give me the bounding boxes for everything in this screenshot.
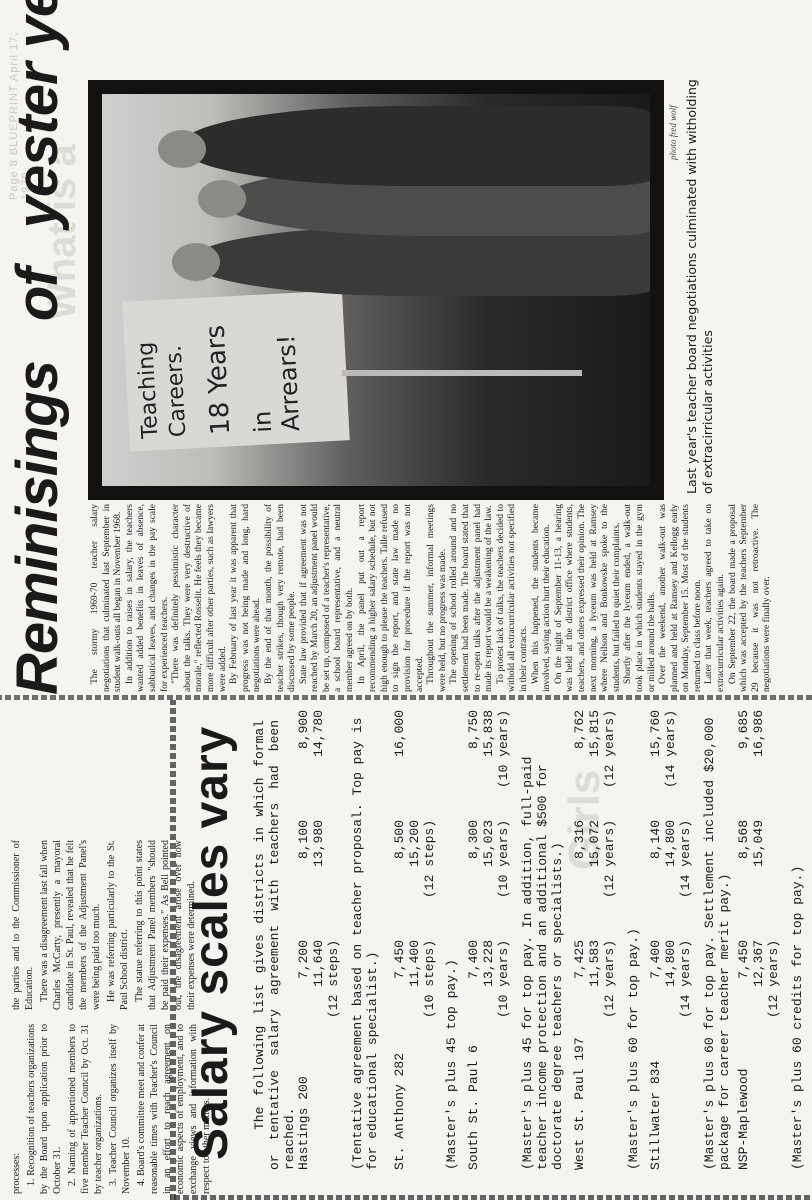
salary-note: (Master's plus 45 top pay.): [444, 710, 459, 1170]
salary-note: (Master's plus 60 for top pay. Settlemen…: [702, 710, 732, 1170]
newspaper-page: Page 8 BLUEPRINT April 17, 1970 What is …: [0, 0, 812, 1200]
salary-note: (Master's plus 45 for top pay. In additi…: [520, 710, 565, 1170]
salary-scales-box: Salary scales vary The following list gi…: [170, 700, 800, 1200]
article-headline: Reminisingsofyester year: [4, 0, 71, 695]
rope-border: [170, 700, 176, 1200]
rope-border: [170, 1195, 810, 1200]
photo-credit: photo fred wolf: [668, 105, 678, 160]
photo-cutline: Last year's teacher board negotiations c…: [684, 74, 716, 494]
salary-note: (Master's plus 60 for top pay.): [626, 710, 641, 1170]
protest-photo: Teaching Careers. 18 Years in Arrears!: [88, 80, 664, 500]
salary-note: (Tentative agreement based on teacher pr…: [350, 710, 380, 1170]
article-column-1: The stormy 1969-70 teacher salary negoti…: [90, 504, 774, 692]
salary-headline: Salary scales vary: [184, 726, 239, 1160]
salary-intro: The following list gives districts in wh…: [252, 720, 297, 1170]
rope-border: [0, 695, 812, 700]
salary-note: (Master's plus 60 credits for top pay.): [790, 710, 805, 1170]
protest-sign: Teaching Careers. 18 Years in Arrears!: [122, 290, 350, 451]
